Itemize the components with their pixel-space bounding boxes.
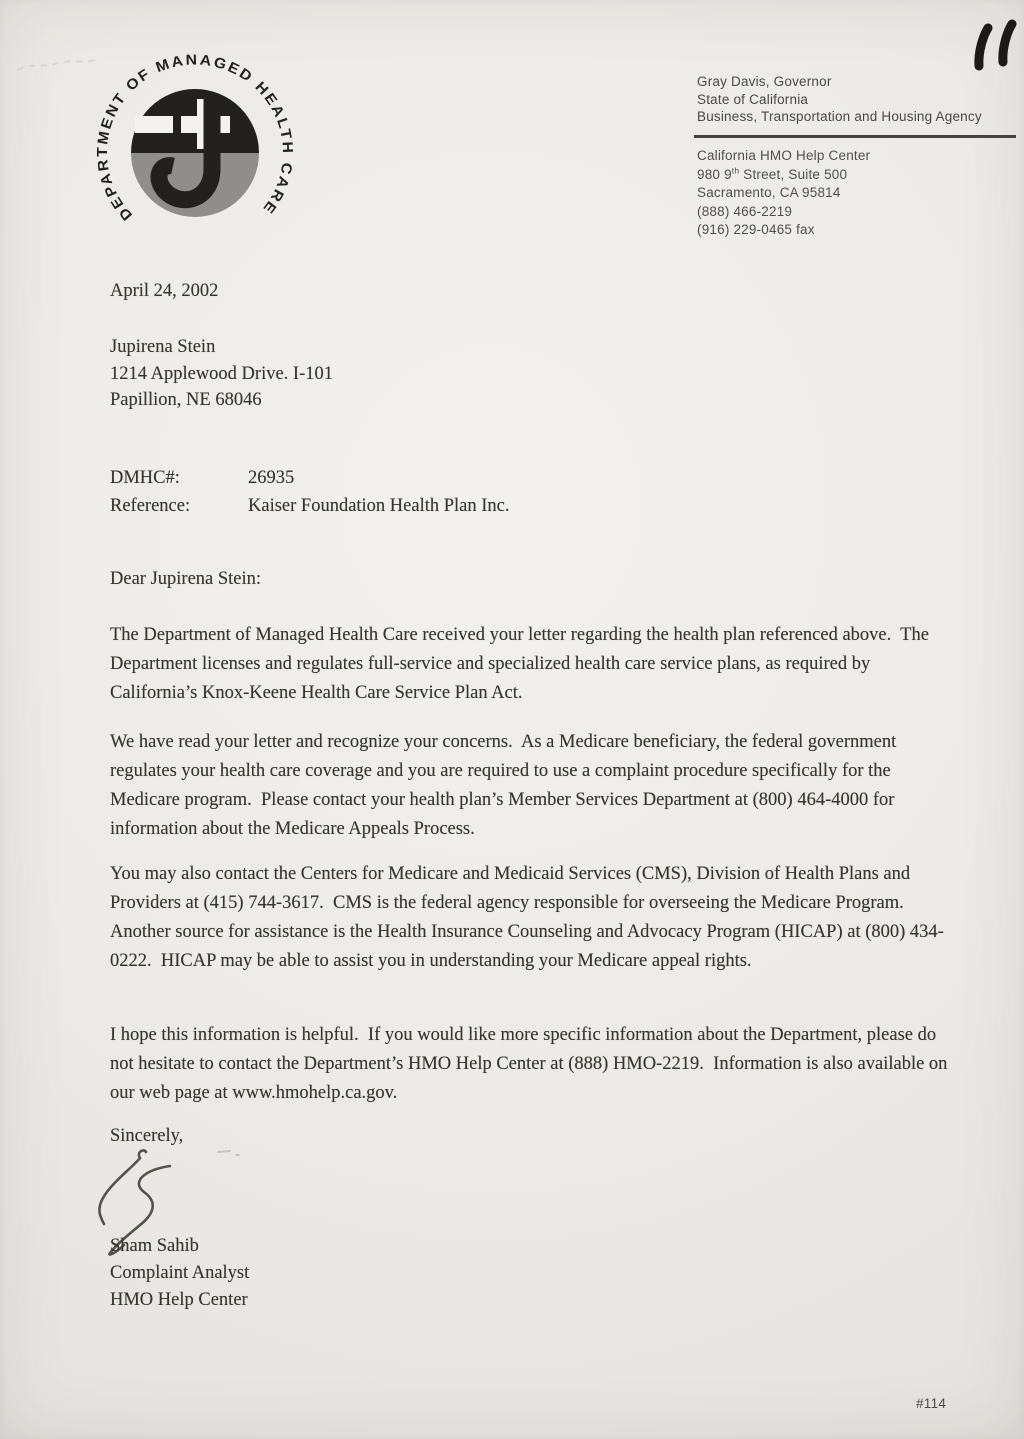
office-phone: (888) 466-2219 [697,203,1024,222]
reference-value: Kaiser Foundation Health Plan Inc. [248,496,510,516]
reference-block: DMHC#:26935 Reference:Kaiser Foundation … [110,464,510,520]
dmhc-number-label: DMHC#: [110,464,248,492]
seal-bottom-half [131,153,259,217]
reference-label: Reference: [110,492,248,520]
reference-row: Reference:Kaiser Foundation Health Plan … [110,492,510,520]
body-paragraph-2: We have read your letter and recognize y… [110,728,955,844]
governor-line: Gray Davis, Governor [697,73,1024,91]
recipient-address-block: Jupirena Stein 1214 Applewood Drive. I-1… [110,334,333,414]
signer-title: Complaint Analyst [110,1260,249,1287]
office-street: 980 9th Street, Suite 500 [697,166,1024,185]
dmhc-number-value: 26935 [248,468,294,488]
body-paragraph-4: I hope this information is helpful. If y… [110,1021,955,1108]
scanned-letter-page: DEPARTMENT OF MANAGED HEALTH CARE Gray D… [0,0,1024,1439]
dmhc-number-row: DMHC#:26935 [110,464,510,492]
handwritten-corner-mark [938,14,1024,78]
signer-org: HMO Help Center [110,1287,249,1314]
recipient-name: Jupirena Stein [110,334,333,361]
masthead-divider-rule [694,135,1016,138]
signer-name: Sham Sahib [110,1233,249,1260]
dmhc-seal-logo: DEPARTMENT OF MANAGED HEALTH CARE [85,43,305,263]
salutation: Dear Jupirena Stein: [110,569,261,590]
body-paragraph-1: The Department of Managed Health Care re… [110,621,955,708]
street-pre: 980 9 [697,167,732,182]
letter-date: April 24, 2002 [110,281,218,302]
masthead-agency-block: Gray Davis, Governor State of California… [697,73,1024,126]
page-number-stamp: #114 [916,1396,946,1411]
recipient-street: 1214 Applewood Drive. I-101 [110,361,333,388]
pencil-dash-mark [216,1148,244,1158]
street-post: Street, Suite 500 [739,167,847,182]
office-address-block: California HMO Help Center 980 9th Stree… [697,147,1024,240]
office-name: California HMO Help Center [697,147,1024,166]
office-city: Sacramento, CA 95814 [697,184,1024,203]
recipient-city: Papillion, NE 68046 [110,387,333,414]
office-fax: (916) 229-0465 fax [697,221,1024,240]
state-line: State of California [697,91,1024,109]
body-paragraph-3: You may also contact the Centers for Med… [110,860,955,976]
signature-block: Sham Sahib Complaint Analyst HMO Help Ce… [110,1233,249,1314]
agency-line: Business, Transportation and Housing Age… [697,108,1024,126]
